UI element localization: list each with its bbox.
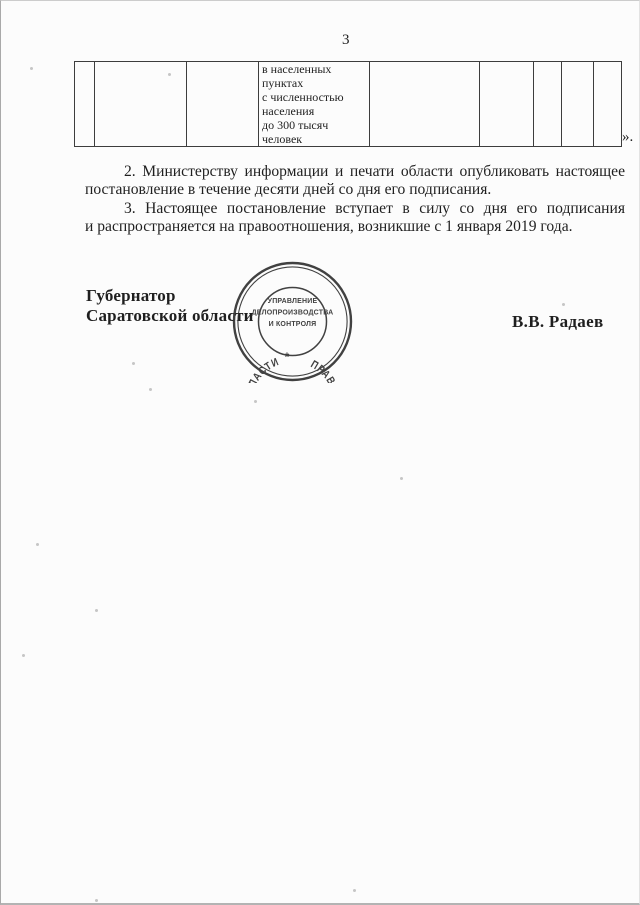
- table-cell: [534, 62, 562, 147]
- table-cell: [370, 62, 480, 147]
- signatory-name: В.В. Радаев: [512, 312, 603, 332]
- signatory-title-line1: Губернатор: [86, 286, 254, 306]
- table-cell: [75, 62, 95, 147]
- scan-speck: [22, 654, 25, 657]
- scan-speck: [36, 543, 39, 546]
- paragraph-3-line-2: и распространяется на правоотношения, во…: [85, 218, 625, 236]
- paragraph-2-line-1: 2. Министерству информации и печати обла…: [85, 163, 625, 181]
- scan-speck: [562, 303, 565, 306]
- table-fragment: в населенных пунктах с численностью насе…: [74, 61, 622, 147]
- table-cell: [562, 62, 594, 147]
- scan-speck: [400, 477, 403, 480]
- table-cell: [187, 62, 259, 147]
- scan-speck: [95, 899, 98, 902]
- scan-speck: [95, 609, 98, 612]
- official-stamp: ПРАВИТЕЛЬСТВО САРАТОВСКОЙ ОБЛАСТИ УПРАВЛ…: [231, 260, 354, 383]
- table-cell: [480, 62, 534, 147]
- stamp-center-line-2: ДЕЛОПРОИЗВОДСТВА: [252, 310, 334, 317]
- table-cell: [95, 62, 187, 147]
- stamp-asterisk: *: [285, 350, 290, 364]
- paragraph-3-line-1: 3. Настоящее постановление вступает в си…: [85, 200, 625, 218]
- table-cell-population-text: в населенных пунктах с численностью насе…: [259, 62, 370, 147]
- document-page: 3 в населенных пунктах с численностью на…: [0, 0, 640, 905]
- table-cell: [594, 62, 622, 147]
- page-number: 3: [342, 32, 350, 49]
- scan-speck: [254, 400, 257, 403]
- closing-quote-mark: ».: [622, 129, 633, 146]
- scan-speck: [168, 73, 171, 76]
- scan-speck: [30, 67, 33, 70]
- body-paragraphs: 2. Министерству информации и печати обла…: [85, 163, 625, 237]
- stamp-center-line-3: И КОНТРОЛЯ: [269, 321, 317, 328]
- stamp-center-line-1: УПРАВЛЕНИЕ: [268, 298, 318, 305]
- paragraph-2-line-2: постановление в течение десяти дней со д…: [85, 181, 625, 199]
- scan-speck: [353, 889, 356, 892]
- table-row: в населенных пунктах с численностью насе…: [75, 62, 622, 147]
- scan-speck: [149, 388, 152, 391]
- signatory-title-line2: Саратовской области: [86, 306, 254, 326]
- scan-speck: [132, 362, 135, 365]
- signatory-title: Губернатор Саратовской области: [86, 286, 254, 325]
